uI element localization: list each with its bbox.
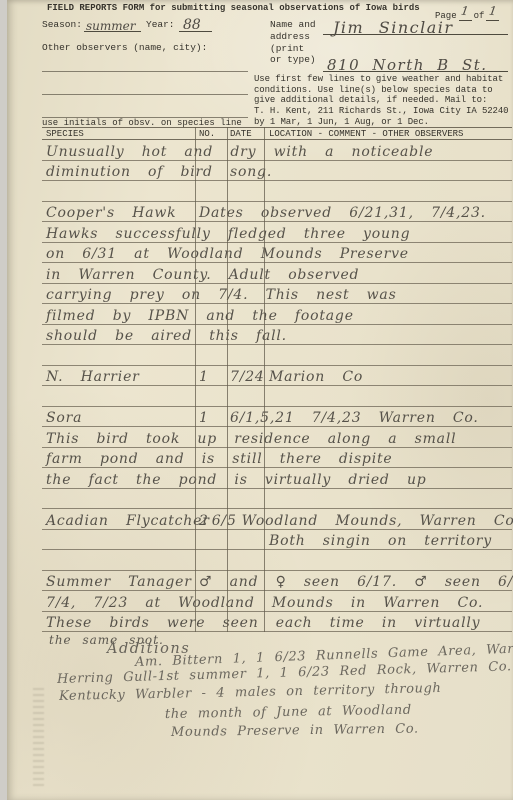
blank-line (42, 94, 248, 95)
table-row (42, 550, 512, 571)
table-row: Cooper's HawkDates observed 6/21,31, 7/4… (42, 202, 512, 223)
cell-no: 1 (195, 367, 227, 385)
table-row: Acadian Flycatcher26/5Woodland Mounds, W… (42, 509, 512, 530)
cell-species: This bird took up residence along a smal… (42, 429, 195, 447)
column-divider (227, 127, 228, 632)
column-divider (264, 127, 265, 632)
cell-location: Woodland Mounds, Warren Co. (237, 511, 513, 529)
additions-section: Additions Am. Bittern 1, 1 6/23 Runnells… (7, 641, 513, 761)
year-field: 88 (179, 5, 212, 32)
name-address-label-line: address (270, 31, 316, 43)
instructions-line: by 1 Mar, 1 Jun, 1 Aug, or 1 Dec. (254, 117, 512, 128)
cell-species: the fact the pond is virtually dried up (42, 470, 195, 488)
name-address-label-line: (print (270, 43, 316, 55)
table-row: N. Harrier17/24Marion Co (42, 366, 512, 387)
table-row: farm pond and is still there dispite (42, 448, 512, 469)
table-header-location: LOCATION - COMMENT - OTHER OBSERVERS (264, 129, 512, 139)
address-value: 810 North B St. (327, 56, 488, 74)
table-row: in Warren County. Adult observed (42, 263, 512, 284)
cell-date: 7/24 (227, 367, 264, 385)
cell-no: ♂ and ♀ seen 6/17. ♂ seen 6/21, (195, 572, 227, 590)
cell-species: filmed by IPBN and the footage (42, 306, 195, 324)
instructions: Use first few lines to give weather and … (254, 74, 512, 128)
table-row: This bird took up residence along a smal… (42, 427, 512, 448)
table-row (42, 386, 512, 407)
table-row: Sora16/1,5,21 7/4,23 Warren Co. (42, 407, 512, 428)
cell-species: 7/4, 7/23 at Woodland Mounds in Warren C… (42, 593, 195, 611)
margin-smudge (33, 688, 44, 790)
addition-line: the month of June at Woodland (165, 703, 412, 722)
other-observers-label: Other observers (name, city): (42, 42, 207, 53)
season-label: Season: (42, 19, 82, 30)
cell-no: Dates observed 6/21,31, 7/4,23. (195, 203, 227, 221)
year-label: Year: (146, 19, 175, 30)
blank-line (42, 71, 248, 72)
instructions-line: T. H. Kent, 211 Richards St., Iowa City … (254, 106, 512, 117)
cell-location: Both singin on territory (264, 531, 512, 549)
cell-species: carrying prey on 7/4. This nest was (42, 285, 195, 303)
table-row: filmed by IPBN and the footage (42, 304, 512, 325)
cell-species: Cooper's Hawk (42, 203, 195, 221)
instructions-line: Use first few lines to give weather and … (254, 74, 512, 85)
cell-species: should be aired this fall. (42, 326, 195, 344)
cell-species: Summer Tanager (42, 572, 195, 590)
table-row: should be aired this fall. (42, 325, 512, 346)
addition-line: Mounds Preserve in Warren Co. (171, 722, 419, 740)
season-field: summer (84, 9, 141, 32)
cell-species: on 6/31 at Woodland Mounds Preserve (42, 244, 195, 262)
table-row: Both singin on territory (42, 530, 512, 551)
name-value: Jim Sinclair (333, 18, 454, 37)
cell-species: Unusually hot and dry with a noticeable (42, 142, 195, 160)
table-row: These birds were seen each time in virtu… (42, 612, 512, 633)
table-row: diminution of bird song. (42, 161, 512, 182)
address-field: 810 North B St. (323, 46, 508, 72)
table-row: the fact the pond is virtually dried up (42, 468, 512, 489)
table-row (42, 489, 512, 510)
table-header-date: DATE (227, 129, 264, 139)
season-value: summer (86, 19, 135, 33)
cell-location: Marion Co (264, 367, 512, 385)
instructions-line: give additional details, if needed. Mail… (254, 95, 512, 106)
instructions-line: conditions. Use line(s) below species da… (254, 85, 512, 96)
cell-species: farm pond and is still there dispite (42, 449, 195, 467)
cell-no: 1 (195, 408, 227, 426)
cell-species: Hawks successfully fledged three young (42, 224, 195, 242)
cell-species: These birds were seen each time in virtu… (42, 613, 195, 631)
table-row: 7/4, 7/23 at Woodland Mounds in Warren C… (42, 591, 512, 612)
table-row: on 6/31 at Woodland Mounds Preserve (42, 243, 512, 264)
scanned-document: FIELD REPORTS FORM for submitting season… (0, 0, 513, 800)
table-row: carrying prey on 7/4. This nest was (42, 284, 512, 305)
cell-species: N. Harrier (42, 367, 195, 385)
species-table: SPECIES NO. DATE LOCATION - COMMENT - OT… (42, 127, 512, 632)
name-address-label-line: Name and (270, 19, 316, 31)
name-address-label-line: or type) (270, 54, 316, 66)
cell-species: Acadian Flycatcher (42, 511, 195, 529)
cell-species: diminution of bird song. (42, 162, 195, 180)
table-row (42, 345, 512, 366)
table-row: Unusually hot and dry with a noticeable (42, 140, 512, 161)
cell-date: 6/5 (209, 511, 237, 529)
name-field: Jim Sinclair (323, 11, 508, 35)
column-divider (195, 127, 196, 632)
table-row: Summer Tanager♂ and ♀ seen 6/17. ♂ seen … (42, 571, 512, 592)
cell-date: 6/1,5,21 7/4,23 Warren Co. (227, 408, 264, 426)
table-body: Unusually hot and dry with a noticeabled… (42, 140, 512, 632)
year-value: 88 (183, 17, 201, 33)
table-row (42, 181, 512, 202)
table-header-species: SPECIES (42, 129, 195, 139)
table-header-no: NO. (195, 129, 227, 139)
table-header: SPECIES NO. DATE LOCATION - COMMENT - OT… (42, 127, 512, 140)
cell-species: Sora (42, 408, 195, 426)
paper-page: FIELD REPORTS FORM for submitting season… (7, 0, 513, 800)
name-address-label: Name and address (print or type) (270, 19, 316, 66)
table-row: Hawks successfully fledged three young (42, 222, 512, 243)
cell-species: in Warren County. Adult observed (42, 265, 195, 283)
